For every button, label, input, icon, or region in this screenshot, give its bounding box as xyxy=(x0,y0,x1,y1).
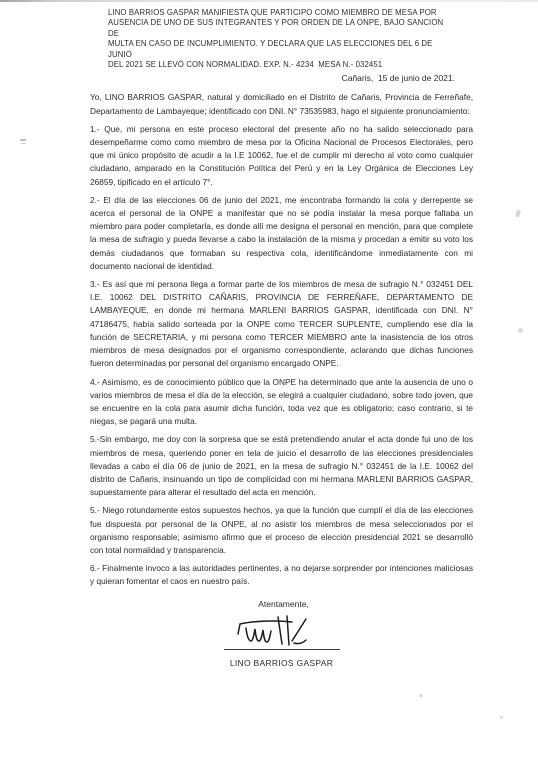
scan-artifact xyxy=(0,0,538,2)
paragraph-1: 1.- Que, mi persona en este proceso elec… xyxy=(90,123,473,189)
header-line: DEL 2021 SE LLEVÓ CON NORMALIDAD. EXP. N… xyxy=(108,60,448,70)
scan-artifact xyxy=(21,143,26,144)
paragraph-5: 5.-Sin embargo, me doy con la sorpresa q… xyxy=(90,433,473,499)
paragraph-3: 3.- Es así que mi persona llega a formar… xyxy=(90,278,473,370)
header-line: JUNIO xyxy=(108,50,448,60)
header-line: MULTA EN CASO DE INCUMPLIMIENTO. Y DECLA… xyxy=(108,39,448,49)
signature-line xyxy=(224,649,340,650)
signature-block: LINO BARRIOS GASPAR xyxy=(90,614,473,668)
scan-artifact xyxy=(500,716,503,719)
document-content: LINO BARRIOS GASPAR MANIFIESTA QUE PARTI… xyxy=(90,8,473,668)
scan-artifact xyxy=(518,328,523,333)
signatory-name: LINO BARRIOS GASPAR xyxy=(90,658,473,668)
paragraph-7: 6.- Finalmente invoco a las autoridades … xyxy=(90,562,473,588)
paragraph-2: 2.- El día de las elecciones 06 de junio… xyxy=(90,194,473,273)
scan-artifact xyxy=(419,694,423,697)
scan-artifact xyxy=(20,139,26,141)
header-line: LINO BARRIOS GASPAR MANIFIESTA QUE PARTI… xyxy=(108,8,448,18)
closing-salutation: Atentamente, xyxy=(90,599,473,609)
paragraph-4: 4.- Asimismo, es de conocimiento público… xyxy=(90,376,473,429)
document-title: LINO BARRIOS GASPAR MANIFIESTA QUE PARTI… xyxy=(108,8,448,70)
header-line: AUSENCIA DE UNO DE SUS INTEGRANTES Y POR… xyxy=(108,18,448,28)
intro-paragraph: Yo, LINO BARRIOS GASPAR, natural y domic… xyxy=(90,91,473,117)
paragraph-6: 5.- Niego rotundamente estos supuestos h… xyxy=(90,504,473,557)
scan-artifact xyxy=(515,210,521,218)
document-page: LINO BARRIOS GASPAR MANIFIESTA QUE PARTI… xyxy=(0,0,538,760)
header-line: DE xyxy=(108,29,448,39)
date-line: Cañaris, 15 de junio de 2021. xyxy=(90,72,473,85)
signature-handwriting xyxy=(232,614,316,648)
